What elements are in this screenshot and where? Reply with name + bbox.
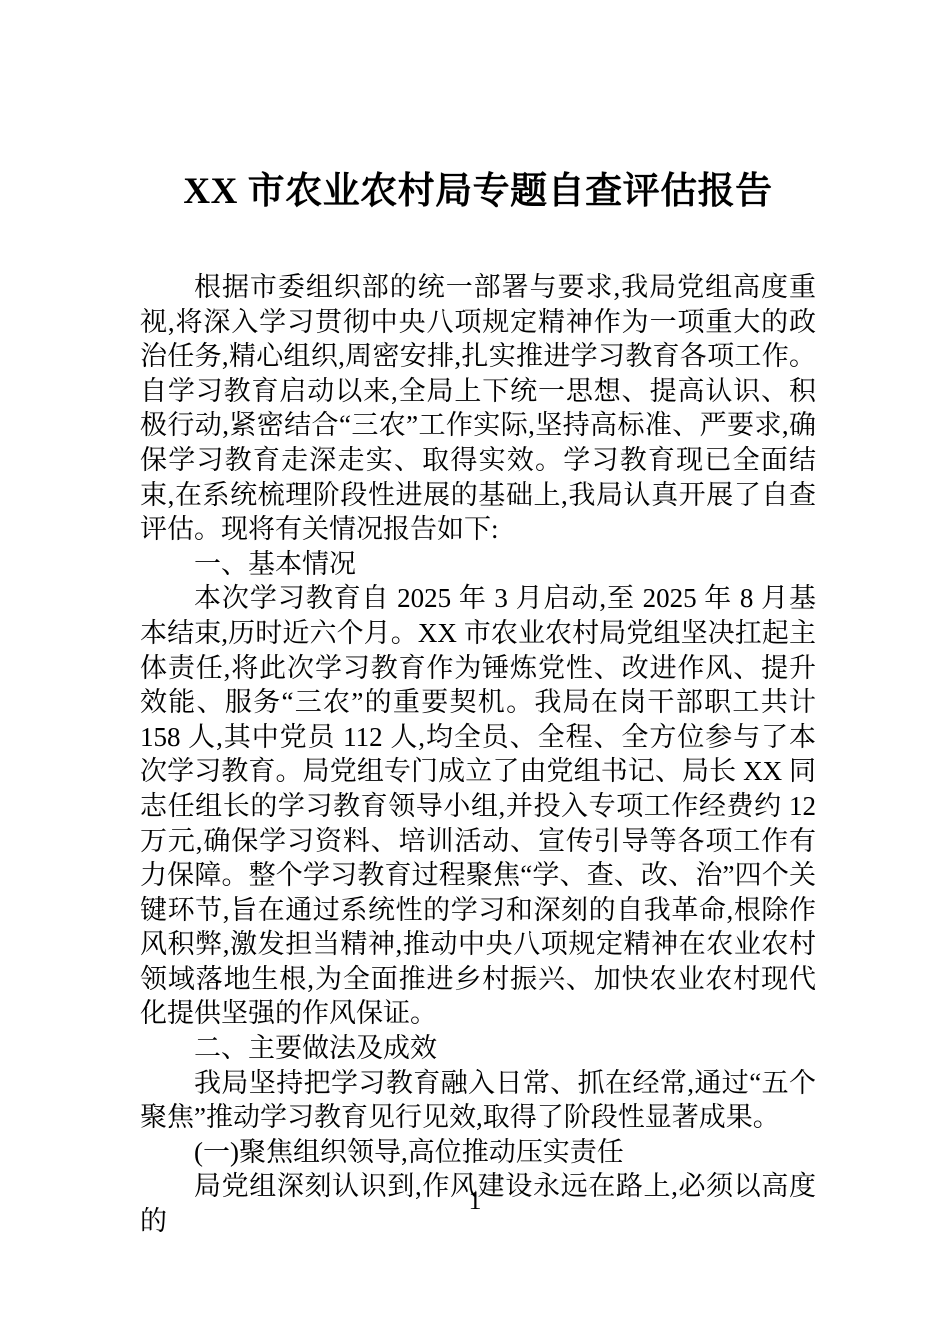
page-number: 1 — [0, 1186, 950, 1216]
paragraph-intro: 根据市委组织部的统一部署与要求,我局党组高度重视,将深入学习贯彻中央八项规定精神… — [140, 270, 816, 547]
section-heading-main-practices: 二、主要做法及成效 — [140, 1031, 816, 1066]
document-page: XX 市农业农村局专题自查评估报告 根据市委组织部的统一部署与要求,我局党组高度… — [0, 0, 950, 1344]
document-body: XX 市农业农村局专题自查评估报告 根据市委组织部的统一部署与要求,我局党组高度… — [140, 170, 816, 1239]
section-heading-basic-situation: 一、基本情况 — [140, 547, 816, 582]
paragraph-main-practices: 我局坚持把学习教育融入日常、抓在经常,通过“五个聚焦”推动学习教育见行见效,取得… — [140, 1066, 816, 1135]
subsection-heading-organizational-leadership: (一)聚焦组织领导,高位推动压实责任 — [140, 1135, 816, 1170]
document-title: XX 市农业农村局专题自查评估报告 — [140, 170, 816, 214]
paragraph-basic-situation: 本次学习教育自 2025 年 3 月启动,至 2025 年 8 月基本结束,历时… — [140, 581, 816, 1031]
